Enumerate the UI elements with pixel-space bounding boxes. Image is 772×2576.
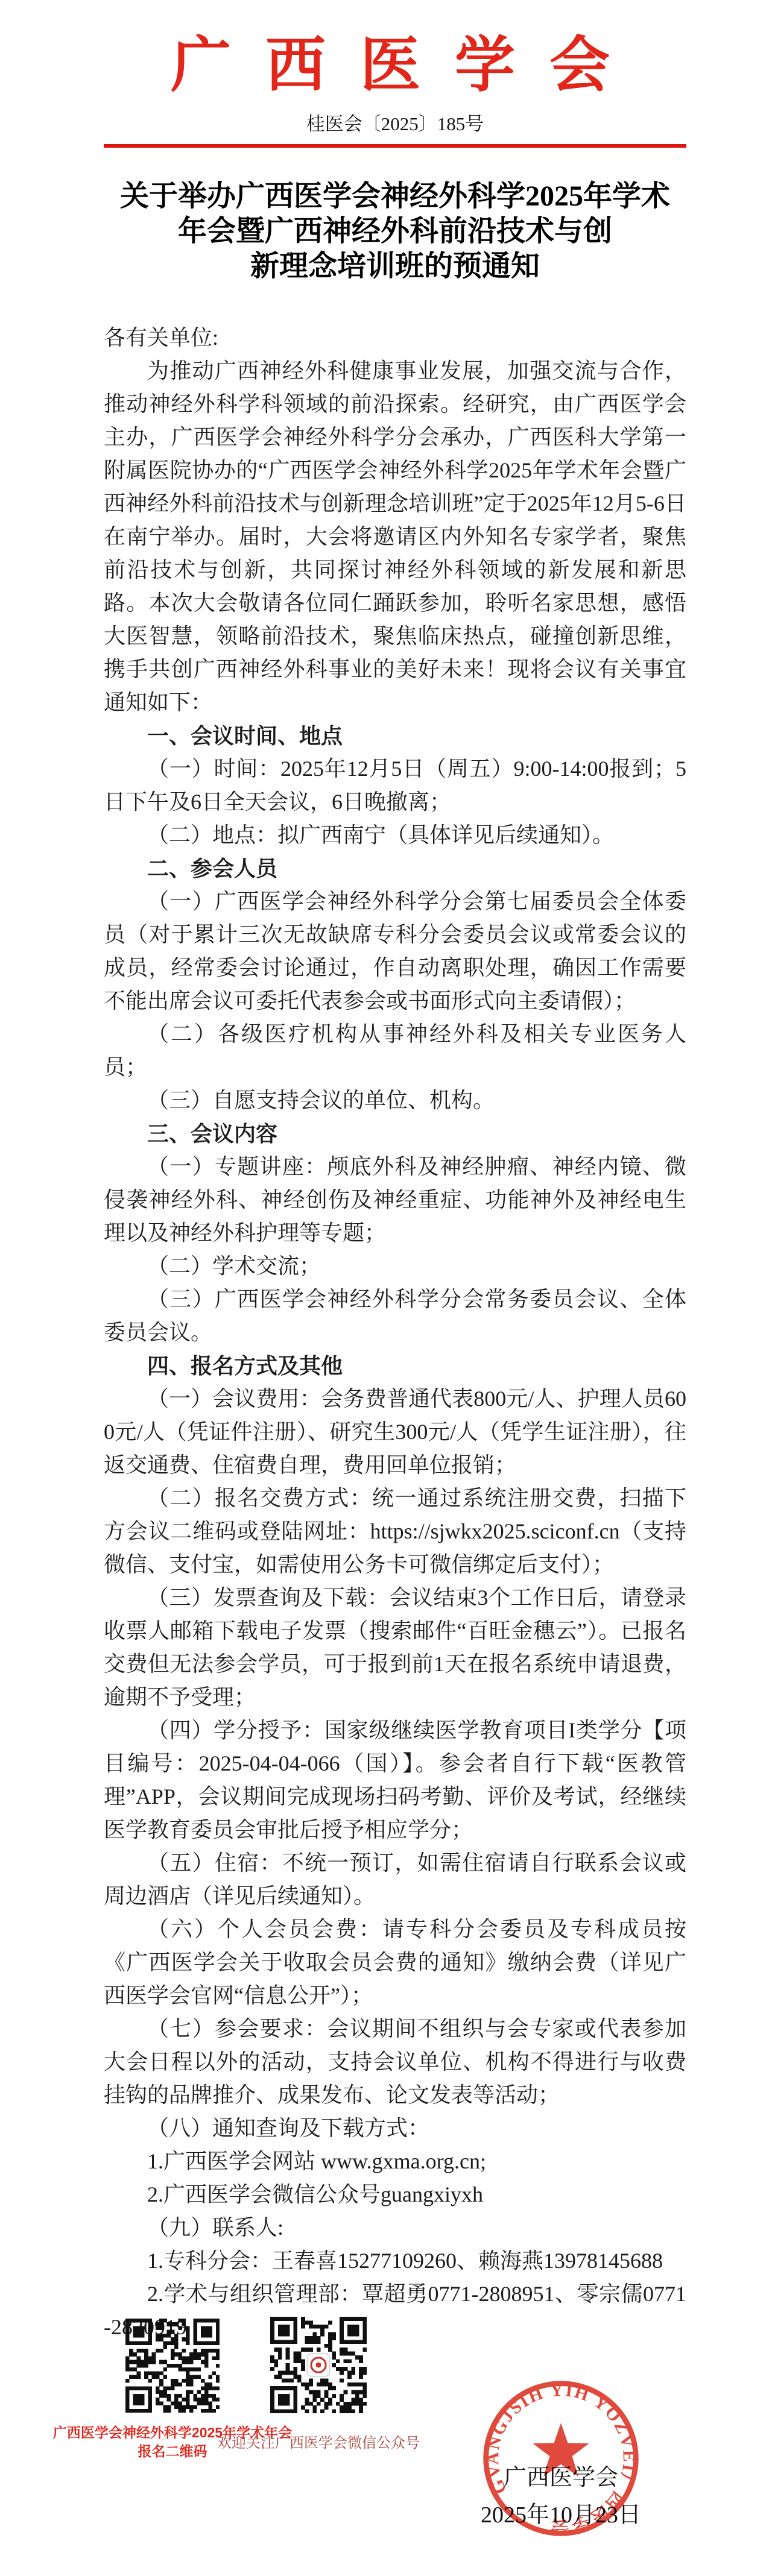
header-divider [104, 144, 686, 148]
section-paragraph: （一）会议费用：会务费普通代表800元/人、护理人员600元/人（凭证件注册）、… [104, 1382, 686, 1482]
section-paragraph: （二）各级医疗机构从事神经外科及相关专业医务人员； [104, 1018, 686, 1084]
registration-qr-icon [125, 2319, 220, 2413]
document-page: 广 西 医 学 会 桂医会〔2025〕185号 关于举办广西医学会神经外科学20… [0, 0, 772, 2576]
intro-paragraph: 为推动广西神经外科健康事业发展，加强交流与合作，推动神经外科学科领域的前沿探索。… [104, 354, 686, 719]
section-paragraph: （八）通知查询及下载方式： [104, 2112, 686, 2145]
section-paragraph: 1.广西医学会网站 www.gxma.org.cn; [104, 2145, 686, 2178]
section-paragraph: （一）专题讲座：颅底外科及神经肿瘤、神经内镜、微侵袭神经外科、神经创伤及神经重症… [104, 1150, 686, 1250]
title-line-3: 新理念培训班的预通知 [250, 250, 540, 282]
section-paragraph: （三）广西医学会神经外科学分会常务委员会议、全体委员会议。 [104, 1283, 686, 1349]
section-paragraph: （二）报名交费方式：统一通过系统注册交费，扫描下方会议二维码或登陆网址：http… [104, 1482, 686, 1581]
registration-qr-code [125, 2319, 220, 2413]
salutation: 各有关单位: [104, 321, 686, 354]
document-content: 广 西 医 学 会 桂医会〔2025〕185号 关于举办广西医学会神经外科学20… [0, 31, 772, 2344]
section-paragraph: （二）学术交流； [104, 1250, 686, 1283]
wechat-qr-caption: 欢迎关注广西医学会微信公众号 [204, 2434, 433, 2452]
section-heading: 四、报名方式及其他 [104, 1349, 686, 1382]
section-paragraph: （七）参会要求：会议期间不组织与会专家或代表参加大会日程以外的活动，支持会议单位… [104, 2012, 686, 2112]
section-heading: 二、参会人员 [104, 852, 686, 885]
section-paragraph: （六）个人会员会费：请专科分会委员及专科成员按《广西医学会关于收取会员会费的通知… [104, 1913, 686, 2012]
wechat-qr-icon [270, 2317, 367, 2413]
section-paragraph: （三）自愿支持会议的单位、机构。 [104, 1084, 686, 1117]
doc-number: 桂医会〔2025〕185号 [104, 113, 686, 135]
title-line-1: 关于举办广西医学会神经外科学2025年学术 [120, 180, 670, 212]
sections: 一、会议时间、地点（一）时间：2025年12月5日（周五）9:00-14:00报… [104, 719, 686, 2344]
section-paragraph: 1.专科分会：王春喜15277109260、赖海燕13978145688 [104, 2244, 686, 2278]
official-seal: GVANGJSIH YIH YOZVEI广西医学会 [478, 2376, 644, 2541]
section-paragraph: （九）联系人: [104, 2211, 686, 2244]
section-paragraph: （三）发票查询及下载：会议结束3个工作日后，请登录收票人邮箱下载电子发票（搜索邮… [104, 1581, 686, 1714]
org-name-letterhead: 广 西 医 学 会 [104, 31, 686, 100]
section-heading: 一、会议时间、地点 [104, 719, 686, 752]
title-line-2: 年会暨广西神经外科前沿技术与创 [178, 215, 612, 247]
section-paragraph: （五）住宿：不统一预订，如需住宿请自行联系会议或周边酒店（详见后续通知）。 [104, 1847, 686, 1913]
star-icon [533, 2423, 589, 2477]
qr-center-logo-badge [307, 2354, 329, 2376]
section-heading: 三、会议内容 [104, 1117, 686, 1150]
section-paragraph: （一）广西医学会神经外科学分会第七届委员会全体委员（对于累计三次无故缺席专科分会… [104, 885, 686, 1018]
section-paragraph: （四）学分授予：国家级继续医学教育项目I类学分【项目编号：2025-04-04-… [104, 1714, 686, 1847]
wechat-qr-code [270, 2317, 367, 2413]
section-paragraph: （二）地点：拟广西南宁（具体详见后续通知）。 [104, 819, 686, 852]
section-paragraph: （一）时间：2025年12月5日（周五）9:00-14:00报到；5日下午及6日… [104, 752, 686, 819]
document-title: 关于举办广西医学会神经外科学2025年学术 年会暨广西神经外科前沿技术与创 新理… [104, 179, 686, 284]
section-paragraph: 2.广西医学会微信公众号guangxiyxh [104, 2178, 686, 2211]
